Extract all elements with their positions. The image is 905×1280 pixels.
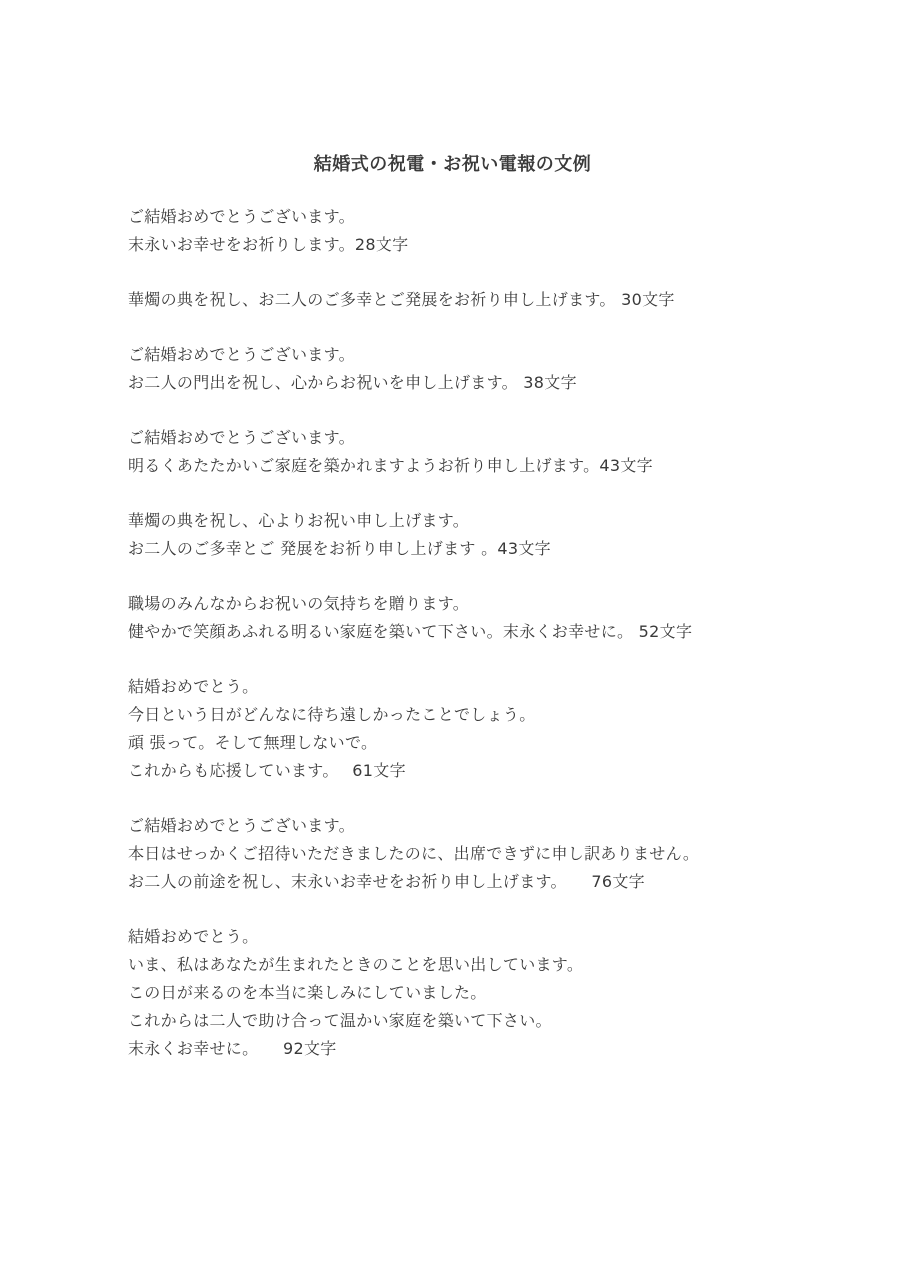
telegram-example-line: 明るくあたたかいご家庭を築かれますようお祈り申し上げます。43文字	[128, 452, 848, 480]
telegram-example-line: 職場のみんなからお祝いの気持ちを贈ります。	[128, 590, 848, 618]
telegram-example-line: 末永くお幸せに。 92文字	[128, 1035, 848, 1063]
telegram-example-line: 華燭の典を祝し、心よりお祝い申し上げます。	[128, 507, 848, 535]
telegram-example-line: お二人の前途を祝し、末永いお幸せをお祈り申し上げます。 76文字	[128, 868, 848, 896]
document-page: 結婚式の祝電・お祝い電報の文例 ご結婚おめでとうございます。末永いお幸せをお祈り…	[0, 0, 905, 1280]
telegram-example-line: お二人のご多幸とご 発展をお祈り申し上げます 。43文字	[128, 535, 848, 563]
telegram-example-line: ご結婚おめでとうございます。	[128, 203, 848, 231]
telegram-example-line: お二人の門出を祝し、心からお祝いを申し上げます。 38文字	[128, 369, 848, 397]
telegram-example: 職場のみんなからお祝いの気持ちを贈ります。健やかで笑顔あふれる明るい家庭を築いて…	[128, 590, 848, 646]
page-title: 結婚式の祝電・お祝い電報の文例	[0, 150, 905, 176]
examples-list: ご結婚おめでとうございます。末永いお幸せをお祈りします。28文字華燭の典を祝し、…	[128, 203, 848, 1090]
telegram-example: 結婚おめでとう。今日という日がどんなに待ち遠しかったことでしょう。頑 張って。そ…	[128, 673, 848, 785]
telegram-example-line: この日が来るのを本当に楽しみにしていました。	[128, 979, 848, 1007]
telegram-example-line: これからは二人で助け合って温かい家庭を築いて下さい。	[128, 1007, 848, 1035]
telegram-example: 華燭の典を祝し、お二人のご多幸とご発展をお祈り申し上げます。 30文字	[128, 286, 848, 314]
telegram-example-line: ご結婚おめでとうございます。	[128, 424, 848, 452]
telegram-example-line: 結婚おめでとう。	[128, 923, 848, 951]
telegram-example: ご結婚おめでとうございます。本日はせっかくご招待いただきましたのに、出席できずに…	[128, 812, 848, 896]
telegram-example: ご結婚おめでとうございます。お二人の門出を祝し、心からお祝いを申し上げます。 3…	[128, 341, 848, 397]
telegram-example-line: いま、私はあなたが生まれたときのことを思い出しています。	[128, 951, 848, 979]
telegram-example: 華燭の典を祝し、心よりお祝い申し上げます。お二人のご多幸とご 発展をお祈り申し上…	[128, 507, 848, 563]
telegram-example-line: 健やかで笑顔あふれる明るい家庭を築いて下さい。末永くお幸せに。 52文字	[128, 618, 848, 646]
telegram-example-line: ご結婚おめでとうございます。	[128, 341, 848, 369]
telegram-example-line: これからも応援しています。 61文字	[128, 757, 848, 785]
telegram-example-line: 華燭の典を祝し、お二人のご多幸とご発展をお祈り申し上げます。 30文字	[128, 286, 848, 314]
telegram-example: ご結婚おめでとうございます。明るくあたたかいご家庭を築かれますようお祈り申し上げ…	[128, 424, 848, 480]
telegram-example: 結婚おめでとう。いま、私はあなたが生まれたときのことを思い出しています。この日が…	[128, 923, 848, 1063]
telegram-example-line: ご結婚おめでとうございます。	[128, 812, 848, 840]
telegram-example: ご結婚おめでとうございます。末永いお幸せをお祈りします。28文字	[128, 203, 848, 259]
telegram-example-line: 頑 張って。そして無理しないで。	[128, 729, 848, 757]
telegram-example-line: 末永いお幸せをお祈りします。28文字	[128, 231, 848, 259]
telegram-example-line: 本日はせっかくご招待いただきましたのに、出席できずに申し訳ありません。	[128, 840, 848, 868]
telegram-example-line: 今日という日がどんなに待ち遠しかったことでしょう。	[128, 701, 848, 729]
telegram-example-line: 結婚おめでとう。	[128, 673, 848, 701]
